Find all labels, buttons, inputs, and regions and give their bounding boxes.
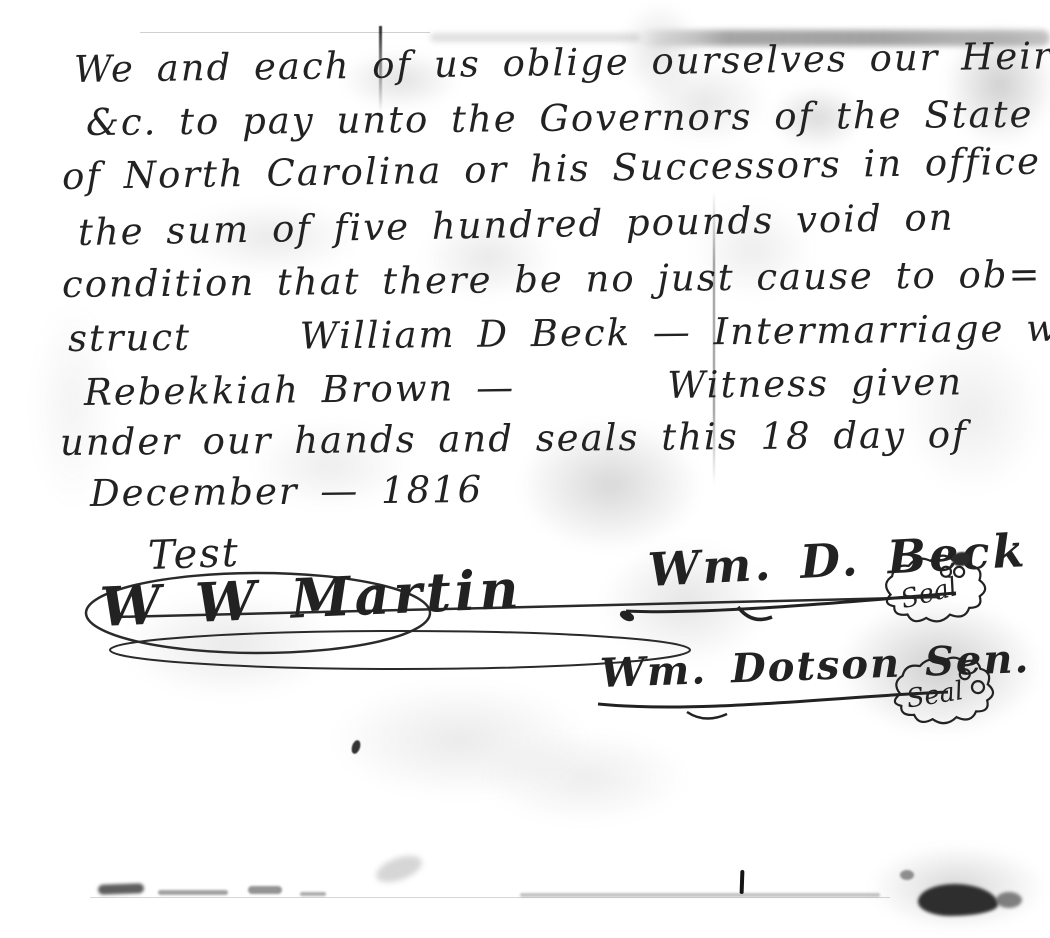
- body-line-1: We and each of us oblige ourselves our H…: [74, 34, 1050, 91]
- beck-seal-label: Seal: [898, 572, 961, 615]
- bottom-smudge: [248, 886, 282, 894]
- dotson-seal-icon: Seal: [879, 643, 1012, 736]
- body-line-9: December — 1816: [90, 468, 484, 515]
- document-paper: We and each of us oblige ourselves our H…: [0, 0, 1050, 938]
- body-line-4: the sum of five hundred pounds void on: [78, 196, 955, 254]
- ink-blob: [900, 870, 914, 880]
- bottom-smudge: [300, 892, 326, 896]
- stain: [330, 680, 590, 800]
- body-line-3: of North Carolina or his Successors in o…: [62, 140, 1042, 198]
- ink-blob: [918, 884, 998, 916]
- stain: [870, 845, 1045, 930]
- dotson-seal-label: Seal: [904, 676, 965, 715]
- body-line-7: Rebekkiah Brown — Witness given: [84, 360, 964, 414]
- bottom-streak: [520, 893, 880, 897]
- bottom-smudge: [98, 883, 144, 895]
- ink-fleck: [350, 739, 362, 755]
- paper-edge-line: [140, 32, 430, 33]
- beck-seal-icon: Seal: [867, 537, 1009, 637]
- tick-mark: [740, 870, 745, 894]
- body-line-2: &c. to pay unto the Governors of the Sta…: [86, 93, 1034, 144]
- body-line-5: condition that there be no just cause to…: [62, 253, 1042, 306]
- bottom-smudge: [158, 890, 228, 895]
- corner-smudge: [373, 850, 426, 887]
- body-line-8: under our hands and seals this 18 day of: [60, 413, 968, 464]
- body-line-6: struct William D Beck — Intermarriage wi…: [68, 306, 1050, 360]
- bottom-crease-line: [90, 897, 890, 898]
- stain: [480, 730, 690, 825]
- ink-blob: [996, 892, 1022, 908]
